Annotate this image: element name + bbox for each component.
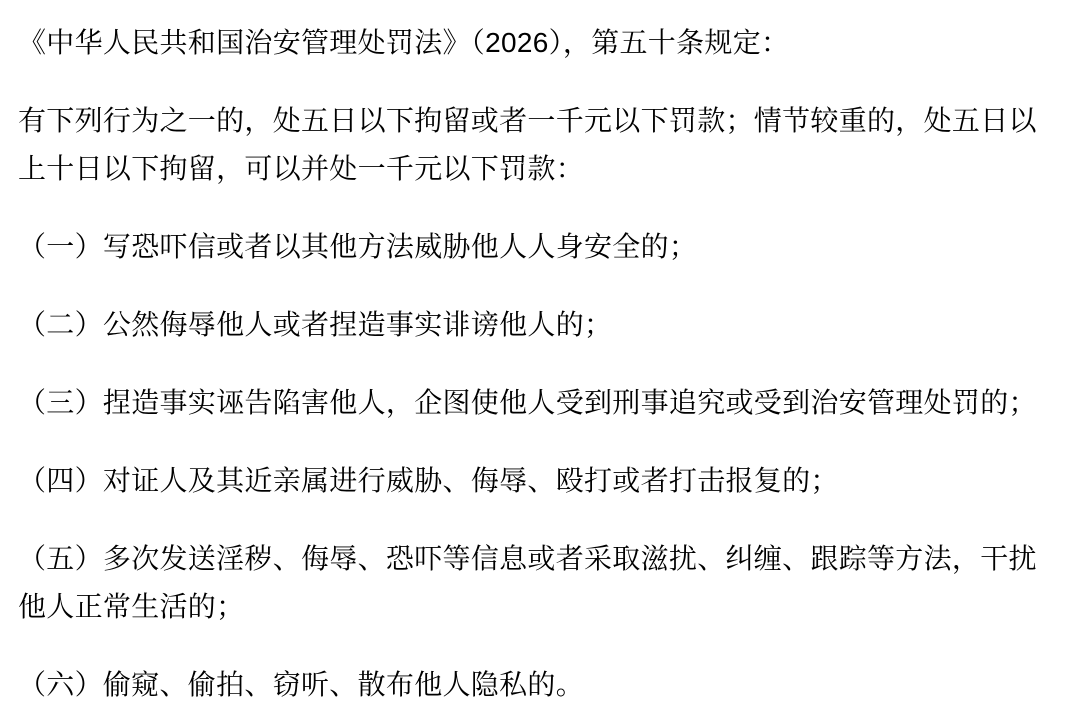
law-item-5: （五）多次发送淫秽、侮辱、恐吓等信息或者采取滋扰、纠缠、跟踪等方法，干扰他人正常… xyxy=(18,535,1050,631)
law-item-3: （三）捏造事实诬告陷害他人，企图使他人受到刑事追究或受到治安管理处罚的； xyxy=(18,379,1050,427)
law-item-1: （一）写恐吓信或者以其他方法威胁他人人身安全的； xyxy=(18,223,1050,271)
law-item-4: （四）对证人及其近亲属进行威胁、侮辱、殴打或者打击报复的； xyxy=(18,457,1050,505)
law-item-6: （六）偷窥、偷拍、窃听、散布他人隐私的。 xyxy=(18,661,1050,709)
law-citation-line: 《中华人民共和国治安管理处罚法》（2026），第五十条规定： xyxy=(18,19,1050,67)
law-text-page: 《中华人民共和国治安管理处罚法》（2026），第五十条规定： 有下列行为之一的，… xyxy=(0,0,1080,716)
penalty-intro: 有下列行为之一的，处五日以下拘留或者一千元以下罚款；情节较重的，处五日以上十日以… xyxy=(18,97,1050,193)
law-item-2: （二）公然侮辱他人或者捏造事实诽谤他人的； xyxy=(18,301,1050,349)
